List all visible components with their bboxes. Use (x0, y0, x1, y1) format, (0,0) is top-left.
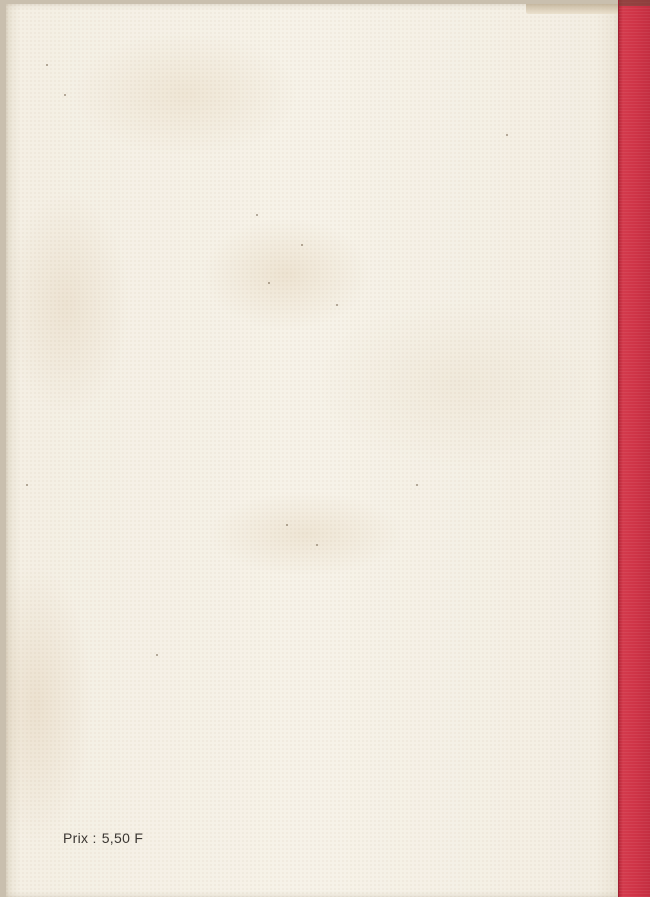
stain-speck (316, 544, 318, 546)
back-cover: Prix :5,50 F (6, 4, 620, 897)
stain-speck (301, 244, 303, 246)
stain-speck (506, 134, 508, 136)
price-prefix: Prix : (63, 830, 97, 846)
spine-top-wear (619, 0, 650, 6)
stain-speck (268, 282, 270, 284)
stain-speck (46, 64, 48, 66)
stain-speck (26, 484, 28, 486)
stain-speck (336, 304, 338, 306)
book-scan: Prix :5,50 F (0, 0, 650, 897)
price-label: Prix :5,50 F (63, 830, 143, 846)
red-cloth-spine (618, 0, 650, 897)
worn-top-edge (526, 4, 626, 14)
stain-speck (156, 654, 158, 656)
stain-speck (286, 524, 288, 526)
price-value: 5,50 F (102, 830, 144, 846)
stain-speck (256, 214, 258, 216)
stain-speck (64, 94, 66, 96)
stain-speck (416, 484, 418, 486)
